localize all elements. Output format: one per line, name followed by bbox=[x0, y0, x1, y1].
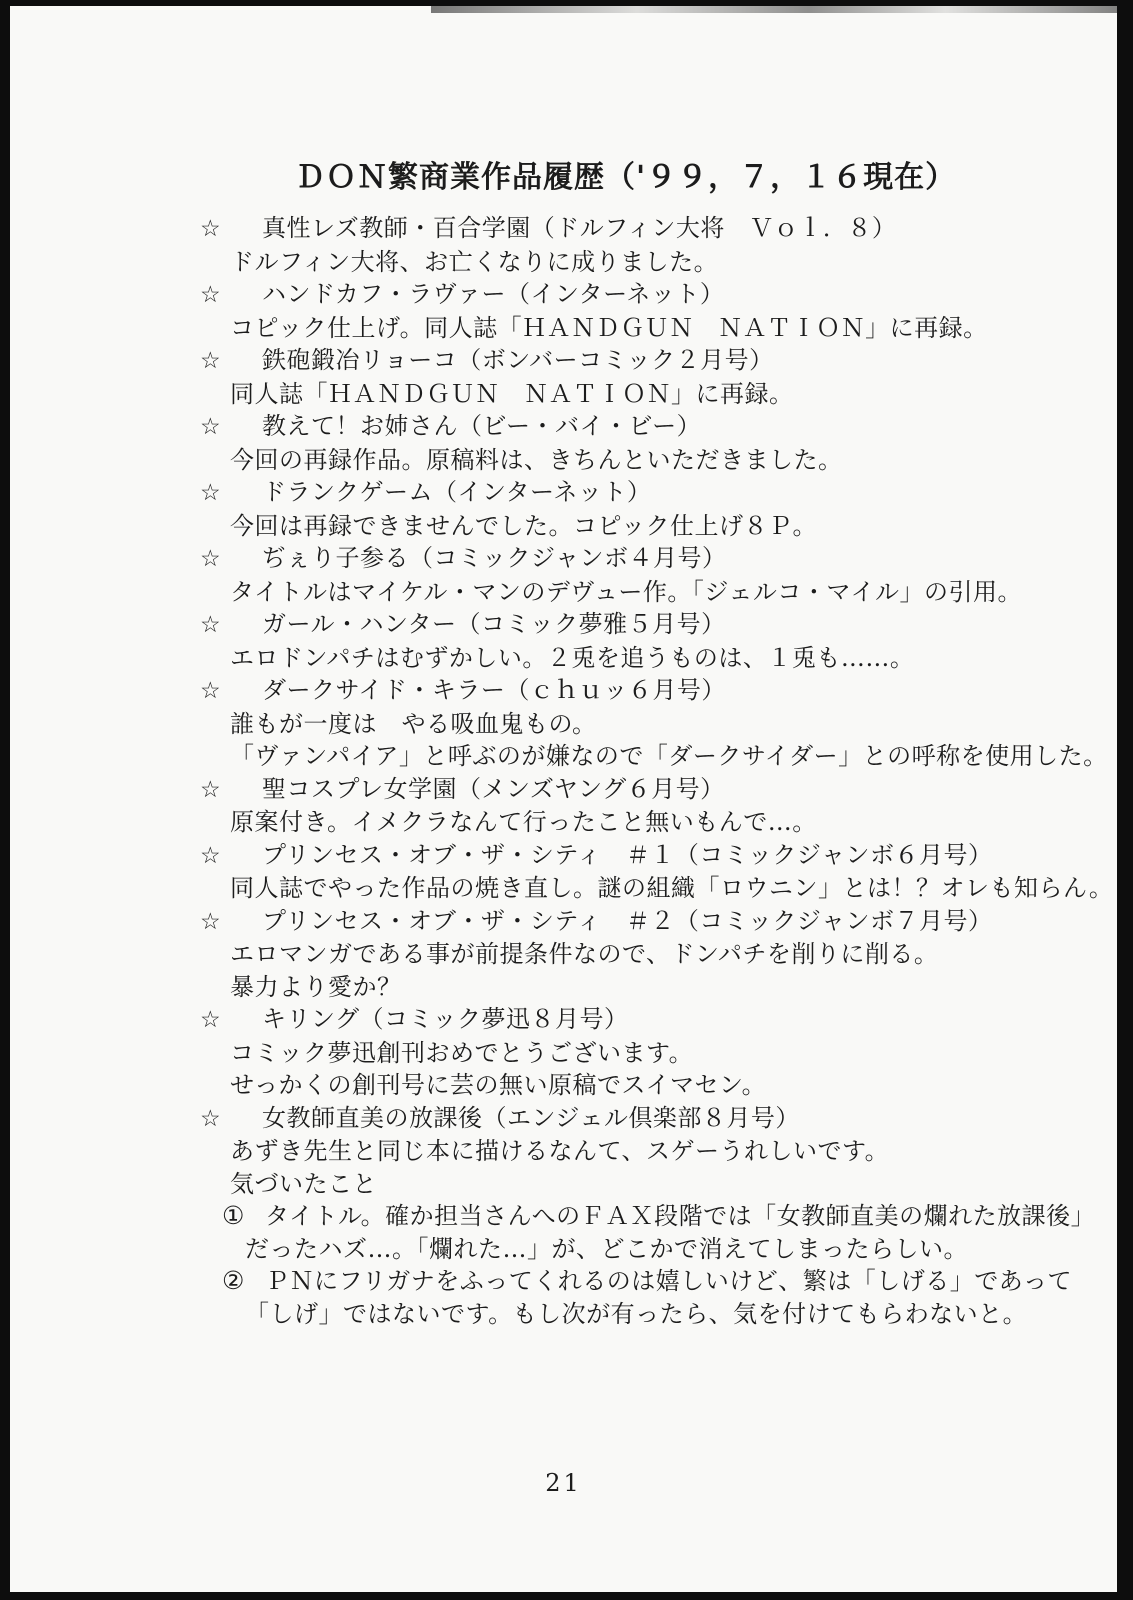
work-note: 同人誌「ＨＡＮＤＧＵＮ ＮＡＴＩＯＮ」に再録。 bbox=[230, 378, 1117, 411]
work-title: ドランクゲーム（インターネット） bbox=[262, 478, 651, 506]
work-entry-title-row: ☆プリンセス・オブ・ザ・シティ ＃１（コミックジャンボ６月号） bbox=[200, 839, 1117, 873]
work-title: キリング（コミック夢迅８月号） bbox=[262, 1005, 629, 1033]
work-title: 真性レズ教師・百合学園（ドルフィン大将 Ｖｏｌ．８） bbox=[262, 214, 896, 242]
work-note: コピック仕上げ。同人誌「ＨＡＮＤＧＵＮ ＮＡＴＩＯＮ」に再録。 bbox=[230, 312, 1117, 345]
scan-artifact bbox=[431, 6, 1117, 13]
work-note: 今回の再録作品。原稿料は、きちんといただきました。 bbox=[230, 444, 1117, 477]
page-number: 21 bbox=[10, 1469, 1117, 1497]
work-note: エロドンパチはむずかしい。２兎を追うものは、１兎も……。 bbox=[230, 642, 1117, 675]
work-title: ぢぇり子参る（コミックジャンボ４月号） bbox=[262, 544, 727, 572]
work-note: 原案付き。イメクラなんて行ったこと無いもんで…。 bbox=[230, 806, 1117, 839]
numbered-note-line: ②ＰＮにフリガナをふってくれるのは嬉しいけど、繁は「しげる」であって bbox=[222, 1265, 1117, 1298]
scan-border-frame: ＤＯＮ繁商業作品履歴（'９９，７，１６現在） ☆真性レズ教師・百合学園（ドルフィ… bbox=[0, 0, 1133, 1600]
star-icon: ☆ bbox=[200, 906, 262, 939]
star-icon: ☆ bbox=[200, 774, 262, 807]
work-title: 聖コスプレ女学園（メンズヤング６月号） bbox=[262, 775, 725, 803]
star-icon: ☆ bbox=[200, 1004, 262, 1037]
star-icon: ☆ bbox=[200, 1103, 262, 1136]
work-entry-title-row: ☆ガール・ハンター（コミック夢雅５月号） bbox=[200, 608, 1117, 642]
work-note: タイトルはマイケル・マンのデヴュー作。「ジェルコ・マイル」の引用。 bbox=[230, 576, 1117, 609]
work-title: ガール・ハンター（コミック夢雅５月号） bbox=[262, 610, 726, 638]
work-note: あずき先生と同じ本に描けるなんて、スゲーうれしいです。 bbox=[230, 1135, 1117, 1168]
star-icon: ☆ bbox=[200, 411, 262, 444]
work-title: 鉄砲鍛冶リョーコ（ボンバーコミック２月号） bbox=[262, 346, 774, 374]
star-icon: ☆ bbox=[200, 543, 262, 576]
work-title: ダークサイド・キラー（ｃｈｕッ６月号） bbox=[262, 676, 726, 704]
star-icon: ☆ bbox=[200, 675, 262, 708]
work-entry-title-row: ☆ハンドカフ・ラヴァー（インターネット） bbox=[200, 278, 1117, 312]
work-title: ハンドカフ・ラヴァー（インターネット） bbox=[262, 280, 724, 308]
work-entry-title-row: ☆真性レズ教師・百合学園（ドルフィン大将 Ｖｏｌ．８） bbox=[200, 212, 1117, 246]
work-title: 女教師直美の放課後（エンジェル倶楽部８月号） bbox=[262, 1104, 800, 1132]
star-icon: ☆ bbox=[200, 609, 262, 642]
work-note: 今回は再録できませんでした。コピック仕上げ８Ｐ。 bbox=[230, 510, 1117, 543]
star-icon: ☆ bbox=[200, 279, 262, 312]
work-entry-title-row: ☆ぢぇり子参る（コミックジャンボ４月号） bbox=[200, 542, 1117, 576]
work-title: 教えて！お姉さん（ビー・バイ・ビー） bbox=[262, 412, 701, 440]
numbered-note-line: ①タイトル。確か担当さんへのＦＡＸ段階では「女教師直美の爛れた放課後」 bbox=[222, 1200, 1117, 1233]
work-entry-title-row: ☆ダークサイド・キラー（ｃｈｕッ６月号） bbox=[200, 674, 1117, 708]
work-title: プリンセス・オブ・ザ・シティ ＃１（コミックジャンボ６月号） bbox=[262, 841, 992, 869]
work-note: 誰もが一度は やる吸血鬼もの。 bbox=[230, 708, 1117, 741]
work-entry-title-row: ☆教えて！お姉さん（ビー・バイ・ビー） bbox=[200, 410, 1117, 444]
numbered-note-text: ＰＮにフリガナをふってくれるのは嬉しいけど、繁は「しげる」であって bbox=[265, 1267, 1072, 1295]
work-entry-title-row: ☆聖コスプレ女学園（メンズヤング６月号） bbox=[200, 773, 1117, 807]
star-icon: ☆ bbox=[200, 840, 262, 873]
work-entry-title-row: ☆キリング（コミック夢迅８月号） bbox=[200, 1003, 1117, 1037]
numbered-note-continuation: 「しげ」ではないです。もし次が有ったら、気を付けてもらわないと。 bbox=[245, 1298, 1117, 1331]
star-icon: ☆ bbox=[200, 477, 262, 510]
work-note: コミック夢迅創刊おめでとうございます。 bbox=[230, 1037, 1117, 1070]
work-note: エロマンガである事が前提条件なので、ドンパチを削りに削る。 bbox=[230, 938, 1117, 971]
work-entry-title-row: ☆プリンセス・オブ・ザ・シティ ＃２（コミックジャンボ７月号） bbox=[200, 905, 1117, 939]
star-icon: ☆ bbox=[200, 213, 262, 246]
work-entry-title-row: ☆鉄砲鍛冶リョーコ（ボンバーコミック２月号） bbox=[200, 344, 1117, 378]
work-title: プリンセス・オブ・ザ・シティ ＃２（コミックジャンボ７月号） bbox=[262, 907, 992, 935]
star-icon: ☆ bbox=[200, 345, 262, 378]
circled-number-icon: ① bbox=[222, 1200, 265, 1233]
work-note: 同人誌でやった作品の焼き直し。謎の組織「ロウニン」とは！？オレも知らん。 bbox=[230, 872, 1117, 905]
page-title: ＤＯＮ繁商業作品履歴（'９９，７，１６現在） bbox=[295, 158, 1117, 198]
numbered-note-continuation: だったハズ…。「爛れた…」が、どこかで消えてしまったらしい。 bbox=[245, 1233, 1117, 1266]
work-note: 「ヴァンパイア」と呼ぶのが嫌なので「ダークサイダー」との呼称を使用した。 bbox=[230, 740, 1117, 773]
work-note: ドルフィン大将、お亡くなりに成りました。 bbox=[230, 246, 1117, 279]
work-note: せっかくの創刊号に芸の無い原稿でスイマセン。 bbox=[230, 1069, 1117, 1102]
work-note: 暴力より愛か？ bbox=[230, 971, 1117, 1004]
work-entry-title-row: ☆ドランクゲーム（インターネット） bbox=[200, 476, 1117, 510]
circled-number-icon: ② bbox=[222, 1265, 265, 1298]
work-entry-title-row: ☆女教師直美の放課後（エンジェル倶楽部８月号） bbox=[200, 1102, 1117, 1136]
work-note: 気づいたこと bbox=[230, 1168, 1117, 1201]
numbered-note-text: タイトル。確か担当さんへのＦＡＸ段階では「女教師直美の爛れた放課後」 bbox=[265, 1202, 1095, 1230]
works-history-list: ☆真性レズ教師・百合学園（ドルフィン大将 Ｖｏｌ．８）ドルフィン大将、お亡くなり… bbox=[200, 212, 1117, 1330]
document-page: ＤＯＮ繁商業作品履歴（'９９，７，１６現在） ☆真性レズ教師・百合学園（ドルフィ… bbox=[10, 6, 1117, 1592]
